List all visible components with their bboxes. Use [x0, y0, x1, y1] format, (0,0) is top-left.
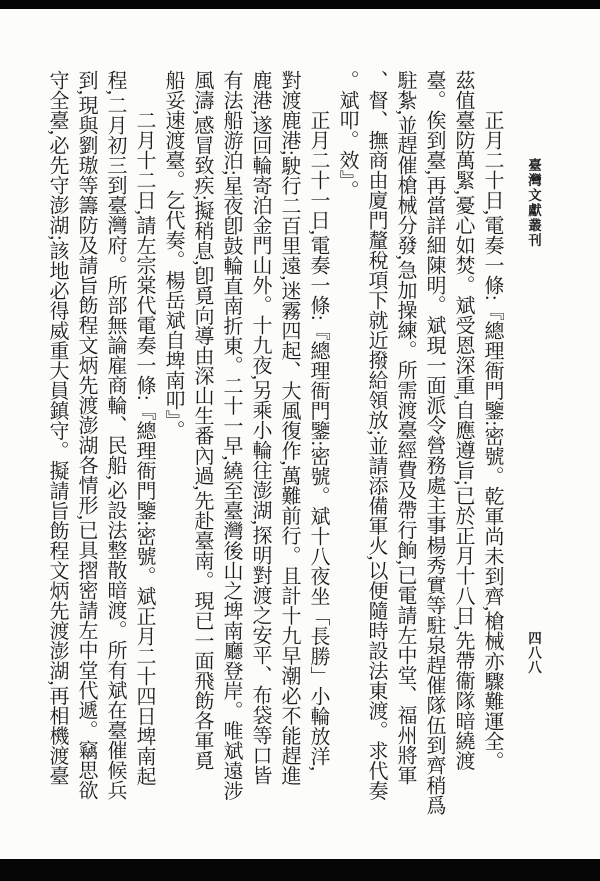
text-column: 二月十二日,請左宗棠代電奏一條:『總理衙門鑒:密號。斌正月二十四日埤南起 [129, 70, 158, 834]
page-number: 四八八 [523, 631, 543, 675]
scan-black-bar-top [0, 0, 600, 9]
series-title: 臺灣文獻叢刊 [523, 158, 543, 248]
text-column: 、督、撫商由廈門釐稅項下就近撥給領放;並請添備軍火,以便隨時設法東渡。求代奏 [361, 70, 390, 834]
book-page-scan: 臺灣文獻叢刊 四八八 正月二十日,電奏一條:『總理衙門鑒:密號。乾軍尚未到齊,槍… [0, 0, 600, 881]
text-column: 茲值臺防萬緊,憂心如焚。斌受恩深重,自應遵旨;已於正月十八日,先帶衞隊暗繞渡 [448, 70, 477, 834]
text-column: 程,二月初三到臺灣府。所部無論雇商輪、民船,必設法整散暗渡。所有斌在臺催候兵 [100, 70, 129, 834]
text-column: 守全臺,必先守澎湖;該地必得威重大員鎮守。擬請旨飭程文炳先渡澎湖,再相機渡臺 [42, 70, 71, 834]
text-column: 臺。俟到臺,再當詳細陳明。斌現一面派令營務處主事楊秀實等駐泉趕催隊伍到齊稍爲 [419, 70, 448, 834]
text-column: 到,現與劉璈等籌防及請旨飭程文炳先渡澎湖各情形,已具摺密請左中堂代遞。竊思欲 [71, 70, 100, 834]
text-column: 風濤,感冒致疾;擬稍息,卽覓向導由深山生番內過,先赴臺南。現已一面飛飭各軍覓 [187, 70, 216, 834]
text-column: 有法船游泊;星夜卽鼓輪直南折東。二十一早,繞至臺灣後山之埤南廳登岸。唯斌遠涉 [216, 70, 245, 834]
text-column: 駐紮,並趕催槍械分發,急加操練。所需渡臺經費及帶行餉,已電請左中堂、福州將軍 [390, 70, 419, 834]
text-column: 船妥速渡臺。乞代奏。楊岳斌自埤南叩』。 [158, 70, 187, 834]
text-column: 鹿港,遂回輪寄泊金門山外。十九夜,另乘小輪往澎湖,探明對渡之安平、布袋等口皆 [245, 70, 274, 834]
text-column: 正月二十一日,電奏一條:『總理衙門鑒:密號。斌十八夜坐「長勝」小輪放洋, [303, 70, 332, 834]
body-text-block: 正月二十日,電奏一條:『總理衙門鑒:密號。乾軍尚未到齊,槍械亦驟難運全。茲值臺防… [42, 70, 506, 834]
text-column: 。斌叩。效』。 [332, 70, 361, 834]
scan-black-bar-bottom [0, 859, 600, 881]
text-column: 對渡鹿港;駛行二百里遠,迷霧四起、大風復作,萬難前行。且計十九早潮必不能趕進 [274, 70, 303, 834]
text-column: 正月二十日,電奏一條:『總理衙門鑒:密號。乾軍尚未到齊,槍械亦驟難運全。 [477, 70, 506, 834]
